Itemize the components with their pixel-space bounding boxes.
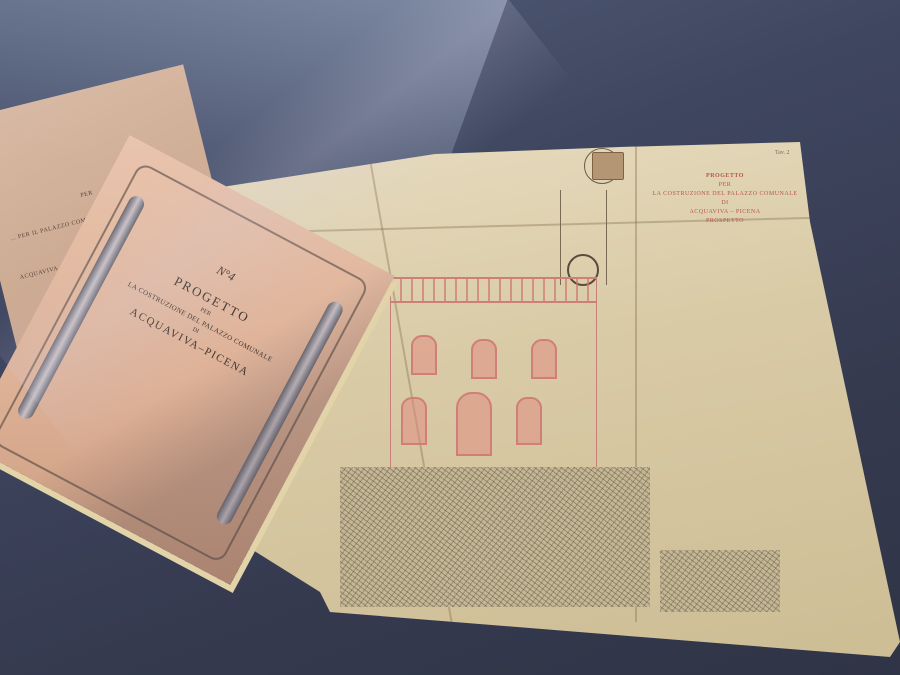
upper-window [531,339,557,379]
drawing-title-block: PROGETTO PER LA COSTRUZIONE DEL PALAZZO … [650,172,800,226]
sheet-number: Tav. 2 [775,150,790,156]
hatched-stone-base [340,467,650,607]
hatched-stone-base [660,550,780,612]
title-line: ACQUAVIVA – PICENA [650,208,800,217]
upper-window [411,335,437,375]
revenue-stamp [592,152,624,180]
title-line: LA COSTRUZIONE DEL PALAZZO COMUNALE [650,190,800,199]
title-line: PROSPETTO [650,217,800,226]
upper-window [471,339,497,379]
title-line: PROGETTO [650,172,800,181]
title-line: DI [650,199,800,208]
crenellated-cornice [391,277,596,303]
main-door [456,392,492,456]
lower-window [516,397,542,445]
title-line: PER [650,181,800,190]
display-case: Tav. 2 PROGETTO PER LA COSTRUZIONE DEL P… [0,0,900,675]
building-facade [390,277,597,467]
lower-window [401,397,427,445]
